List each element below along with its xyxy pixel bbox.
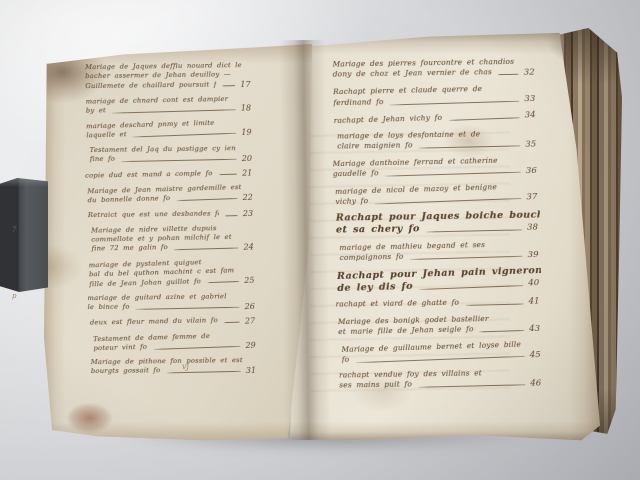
entry-text-line: compaignons fo [340,252,404,264]
entry-last-line: bourgts gossait fo 31 [91,365,259,376]
entry-text-line: rachapt et viard de ghatte fo [336,297,460,309]
entry-lines: mariage de mathieu begand et ses compaig… [339,239,540,264]
entry-text-line: copie dud est mand a comple fo [85,169,213,181]
folio-number: 19 [241,128,254,137]
folio-number: 18 [241,104,254,113]
entry-lines: Mariage de Jaques deffiu nouard dict leb… [85,61,253,91]
folio-number: 36 [526,166,539,176]
folio-number: 31 [246,366,259,375]
entry-last-line: fine 72 me galin fo 24 [91,242,256,254]
entry-text-line: gaudelle fo [333,168,379,179]
index-entry: copie dud est mand a comple fo 21 [85,168,255,181]
index-entry: mariage de pystalent quiguetbal du bel q… [89,256,258,289]
index-entry: Mariage de pithone fon possible et est b… [91,356,259,377]
leader-line [419,145,521,148]
folio-number: 40 [528,278,541,288]
entry-text-line: rachapt de Jehan vichy fo [334,112,443,126]
leader-line [480,330,525,332]
entry-lines: Testament del Jaq du pastigge cy ien fin… [90,144,255,165]
leader-line [153,345,240,349]
folio-number: 41 [529,297,542,307]
index-entry: Mariage danthoine ferrand et catherine g… [333,155,539,180]
margin-mark: p [12,292,16,300]
folio-number: 43 [529,323,542,333]
folio-number: 23 [243,209,256,218]
entry-text-line: poteur vint fo [93,343,147,354]
entry-lines: rachapt et viard de ghatte fo 41 [336,296,542,309]
index-entry: rachapt vendue foy des villains et ses m… [339,368,543,392]
entry-text-line: Guillemete de chaillard poursuit fo [85,80,216,91]
folio-number: 32 [524,67,537,77]
entry-text-line: by et [86,106,106,116]
leader-line [136,306,240,309]
folio-number: 17 [240,80,253,89]
quire-mark: vj [182,362,189,371]
index-entry: Mariage des pierres fourcontre et chandi… [333,57,537,81]
entry-last-line: rachapt de Jehan vichy fo 34 [334,110,538,126]
leader-line [222,86,235,87]
entry-last-line: deux est fleur mand du vilain fo 27 [90,316,258,329]
index-entry: Rachapt pour Jehan pain vigneron de ley … [337,265,542,294]
entry-last-line: Retraict que est une desbandes fo 23 [88,208,256,219]
entry-text-line: le bince fo [88,303,130,313]
leader-line [418,385,525,388]
entry-text-line: laquelle et [86,131,127,141]
folio-number: 20 [242,154,255,163]
leader-line [410,256,523,260]
leader-line [133,133,237,138]
leader-line [385,172,521,177]
entry-lines: Mariage de Jean maistre gardemille est d… [87,183,255,206]
entry-lines: mariage de chnard cont est dampier by et… [86,94,254,116]
margin-mark: 7 [12,226,16,234]
index-entry: Mariage de Jaques deffiu nouard dict leb… [85,61,253,91]
folio-number: 35 [525,139,538,149]
entry-text-line: ferdinand fo [333,97,384,108]
folio-number: 34 [525,110,538,120]
leader-line [448,117,519,121]
folio-number: 38 [527,223,540,233]
index-entry: rachapt et viard de ghatte fo 41 [336,296,542,309]
index-entry: Testament de dame femme de poteur vint f… [93,330,258,353]
entry-lines: Testament de dame femme de poteur vint f… [93,330,258,353]
leader-line [465,303,523,305]
entry-lines: Mariage des bonigk godet bastellier et m… [338,313,542,338]
entry-text-line: deux est fleur mand du vilain fo [90,316,218,328]
entry-text-line: claire maignien fo [337,140,413,152]
index-entry: Mariage de nidre villette dupuiscommello… [91,223,257,254]
index-entry: Testament del Jaq du pastigge cy ien fin… [90,144,255,165]
entry-lines: Rachapt pour Jaques boiche boucher et sa… [336,210,540,236]
entry-lines: Mariage de guillaume bernet et loyse bil… [341,339,543,366]
leader-line [225,214,238,215]
entry-text-line: et marie fille de Jehan seigle fo [338,324,474,337]
entry-text-line: mariage de guitard azine et gabriel [87,292,257,304]
entry-text-line: du bonnelle donne fo [88,194,171,206]
index-entry: deux est fleur mand du vilain fo 27 [90,316,258,329]
entry-lines: rachapt vendue foy des villains et ses m… [339,368,543,392]
folio-number: 46 [530,379,543,389]
leader-line [112,109,236,113]
left-page-entries: Mariage de Jaques deffiu nouard dict leb… [85,60,259,383]
index-entry: mariage deschard pnmy et limite laquelle… [86,118,254,141]
entry-last-line: dony de choz et Jean vernier de chassagn… [333,67,537,80]
leader-line [176,198,237,201]
folio-number: 24 [243,242,256,251]
folio-number: 37 [526,192,539,202]
folio-number: 29 [245,340,258,349]
entry-lines: copie dud est mand a comple fo 21 [85,168,255,181]
entry-last-line: Guillemete de chaillard poursuit fo 17 [85,80,253,91]
folio-number: 45 [530,350,543,360]
book-weight [0,178,48,292]
entry-lines: Retraict que est une desbandes fo 23 [88,208,256,219]
index-entry: mariage de chnard cont est dampier by et… [86,94,254,116]
leader-line [374,198,521,205]
entry-last-line: fine fo 20 [90,153,255,164]
entry-last-line: et sa chery fo 38 [336,221,540,236]
entry-lines: Mariage de nidre villette dupuiscommello… [91,223,257,254]
entry-lines: Mariage danthoine ferrand et catherine g… [333,155,539,180]
index-entry: rachapt de Jehan vichy fo 34 [334,110,538,126]
leader-line [166,371,240,374]
folio-number: 26 [245,301,258,310]
entry-lines: mariage deschard pnmy et limite laquelle… [86,118,254,141]
entry-text-line: Retraict que est une desbandes fo [88,209,219,220]
entry-last-line: le bince fo 26 [88,301,258,313]
folio-number: 25 [244,275,257,284]
entry-lines: deux est fleur mand du vilain fo 27 [90,316,258,329]
leader-line [419,285,523,290]
leader-line [498,74,519,75]
entry-last-line: rachapt et viard de ghatte fo 41 [336,296,542,309]
leader-line [121,159,237,162]
entry-text-line: ses mains puit fo [339,380,412,391]
entry-text-line: et sa chery fo [336,223,420,236]
leader-line [426,229,522,232]
entry-last-line: claire maignien fo 35 [337,138,538,151]
entry-lines: Rachapt pour Jehan pain vigneron de ley … [337,265,542,294]
entry-lines: mariage de pystalent quiguetbal du bel q… [89,256,258,289]
folio-number: 21 [242,168,255,177]
entry-text-line: de ley dis fo [337,281,413,295]
right-page-entries: Mariage des pierres fourcontre et chandi… [332,56,543,399]
leader-line [355,356,524,363]
leader-line [174,248,239,251]
leader-line [390,100,520,105]
entry-text-line: fine 72 me galin fo [91,244,168,255]
entry-lines: Mariage des pierres fourcontre et chandi… [333,57,537,81]
entry-lines: Rachapt pierre et claude querre de ferdi… [333,83,537,108]
folio-number: 39 [527,250,540,260]
index-entry: Mariage de Jean maistre gardemille est d… [87,183,255,206]
entry-text-line: vichy fo [335,197,368,208]
photo-backdrop: Mariage de Jaques deffiu nouard dict leb… [0,0,640,480]
leader-line [207,281,239,283]
entry-lines: mariage de guitard azine et gabriel le b… [87,292,257,313]
index-entry: mariage de loys desfontaine et de claire… [337,128,538,152]
folio-number: 33 [524,94,537,104]
entry-lines: Mariage de pithone fon possible et est b… [91,356,259,377]
entry-lines: rachapt de Jehan vichy fo 34 [334,110,538,126]
index-entry: mariage de mathieu begand et ses compaig… [339,239,540,264]
entry-text-line: fo [342,355,350,366]
entry-last-line: ses mains puit fo 46 [339,378,543,391]
entry-text-line: fine fo [90,155,115,165]
index-entry: Mariage des bonigk godet bastellier et m… [338,313,542,338]
entry-text-line: dony de choz et Jean vernier de chassagn… [333,68,492,81]
index-entry: Retraict que est une desbandes fo 23 [88,208,256,219]
entry-last-line: copie dud est mand a comple fo 21 [85,168,255,181]
index-entry: Rachapt pierre et claude querre de ferdi… [333,83,537,108]
entry-lines: mariage de loys desfontaine et de claire… [337,128,538,152]
index-entry: Rachapt pour Jaques boiche boucher et sa… [336,210,540,236]
folio-number: 22 [242,192,255,201]
entry-text-line: bourgts gossait fo [91,367,161,377]
index-entry: Mariage de guillaume bernet et loyse bil… [341,339,543,366]
entry-lines: mariage de nicol de mazoy et benigne vic… [335,181,540,208]
index-entry: mariage de nicol de mazoy et benigne vic… [335,181,540,208]
folio-number: 27 [245,316,258,325]
leader-line [224,322,240,323]
index-entry: mariage de guitard azine et gabriel le b… [87,292,257,313]
leader-line [219,174,238,175]
